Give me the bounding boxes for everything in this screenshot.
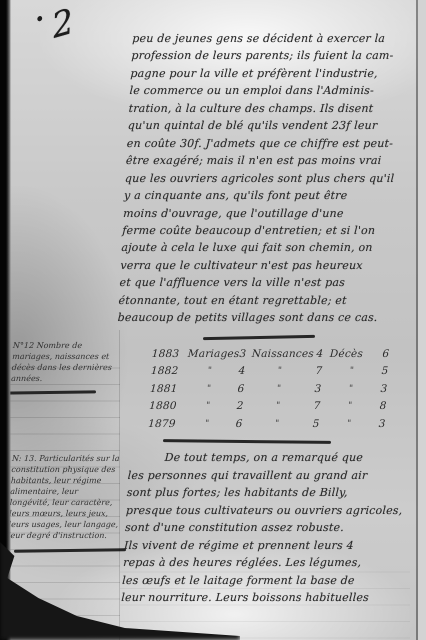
births-value: 3 (308, 383, 329, 395)
year-cell: 1879 (148, 418, 185, 430)
text-line: pagne pour la ville et préfèrent l'indus… (130, 65, 426, 82)
text-line: y a cinquante ans, qu'ils font peut être (124, 187, 421, 204)
paragraph-continued: peu de jeunes gens se décident à exercer… (117, 30, 426, 327)
table-row: 1879 " 6 " 5 " 3 (148, 415, 393, 433)
deaths-value: 8 (373, 400, 394, 412)
births-value: 7 (307, 400, 328, 412)
births-value: 7 (309, 365, 330, 377)
marriages-value: 6 (230, 418, 249, 430)
vital-stats-table: 1883 Mariages 3 Naissances 4 Décès 6 188… (148, 345, 397, 433)
text-line: le commerce ou un emploi dans l'Adminis- (129, 82, 426, 99)
marriages-label: Mariages (188, 348, 235, 360)
marriages-value: 6 (232, 383, 251, 395)
text-line: les personnes qui travaillent au grand a… (127, 467, 424, 485)
text-line: sont plus fortes; les habitants de Billy… (126, 484, 423, 502)
marriages-ditto: " (187, 366, 234, 376)
year-cell: 1880 (149, 400, 186, 412)
margin-note-13-underline (14, 548, 126, 552)
births-value: 5 (306, 418, 327, 430)
margin-note-13: N: 13. Particularités sur la constitutio… (8, 453, 123, 541)
table-row: 1881 " 6 " 3 " 3 (150, 380, 395, 398)
table-row: 1882 " 4 " 7 " 5 (150, 363, 395, 381)
text-line: les œufs et le laitage forment la base d… (122, 572, 419, 590)
text-line: ferme coûte beaucoup d'entretien; et si … (122, 222, 419, 239)
text-line: Ils vivent de régime et prennent leurs 4 (124, 537, 421, 555)
deaths-value: 3 (372, 418, 393, 430)
text-line: peu de jeunes gens se décident à exercer… (132, 30, 426, 47)
ink-rule-above-table (203, 335, 315, 340)
text-line: De tout temps, on a remarqué que (128, 449, 425, 467)
births-ditto: " (251, 366, 310, 376)
text-line: repas à des heures réglées. Les légumes, (123, 554, 420, 572)
adjacent-page-edge (418, 0, 426, 640)
deaths-value: 5 (375, 365, 396, 377)
deaths-ditto: " (328, 384, 375, 394)
margin-note-12: N°12 Nombre de mariages, naissances et d… (11, 340, 119, 384)
births-ditto: " (250, 384, 309, 394)
marriages-value: 4 (233, 365, 252, 377)
year-cell: 1881 (150, 383, 187, 395)
marriages-ditto: " (184, 419, 231, 429)
deaths-ditto: " (326, 419, 373, 429)
table-row: 1880 " 2 " 7 " 8 (149, 398, 394, 416)
ink-rule-below-table (163, 439, 331, 443)
text-line: presque tous cultivateurs ou ouvriers ag… (125, 502, 422, 520)
text-line: en coûte 30f. J'admets que ce chiffre es… (126, 135, 423, 152)
births-label: Naissances (252, 348, 311, 360)
paragraph-observations: De tout temps, on a remarqué que les per… (121, 449, 425, 607)
page-crease-line (119, 330, 120, 640)
text-line: beaucoup de petits villages sont dans ce… (117, 309, 414, 326)
text-line: verra que le cultivateur n'est pas heure… (120, 257, 417, 274)
marriages-value: 2 (231, 400, 250, 412)
text-line: moins d'ouvrage, que l'outillage d'une (123, 205, 420, 222)
deaths-label: Décès (330, 348, 377, 360)
text-line: et que l'affluence vers la ville n'est p… (119, 274, 416, 291)
deaths-value: 6 (376, 348, 397, 360)
manuscript-page: 2 peu de jeunes gens se décident à exerc… (0, 0, 426, 640)
text-line: que les ouvriers agricoles sont plus che… (125, 170, 422, 187)
year-cell: 1883 (152, 348, 189, 360)
text-line: sont d'une constitution assez robuste. (125, 519, 422, 537)
text-line: profession de leurs parents; ils fuient … (131, 47, 426, 64)
corner-flourish-mark: 2 (50, 1, 76, 47)
text-line: étonnante, tout en étant regrettable; et (118, 292, 415, 309)
page-right-edge-line (416, 0, 418, 640)
text-line: tration, à la culture des champs. Ils di… (128, 100, 425, 117)
text-line: ajoute à cela le luxe qui fait son chemi… (121, 239, 418, 256)
table-row: 1883 Mariages 3 Naissances 4 Décès 6 (151, 345, 396, 363)
year-cell: 1882 (151, 365, 188, 377)
marriages-ditto: " (185, 401, 232, 411)
births-ditto: " (248, 419, 307, 429)
text-line: qu'un quintal de blé qu'ils vendent 23f … (127, 117, 424, 134)
births-value: 4 (310, 348, 331, 360)
marriages-ditto: " (186, 384, 233, 394)
margin-note-12-underline (2, 390, 96, 394)
text-line: être exagéré; mais il n'en est pas moins… (125, 152, 422, 169)
marriages-value: 3 (234, 348, 253, 360)
deaths-ditto: " (327, 401, 374, 411)
deaths-value: 3 (374, 383, 395, 395)
deaths-ditto: " (329, 366, 376, 376)
births-ditto: " (249, 401, 308, 411)
text-line: leur nourriture. Leurs boissons habituel… (121, 589, 418, 607)
